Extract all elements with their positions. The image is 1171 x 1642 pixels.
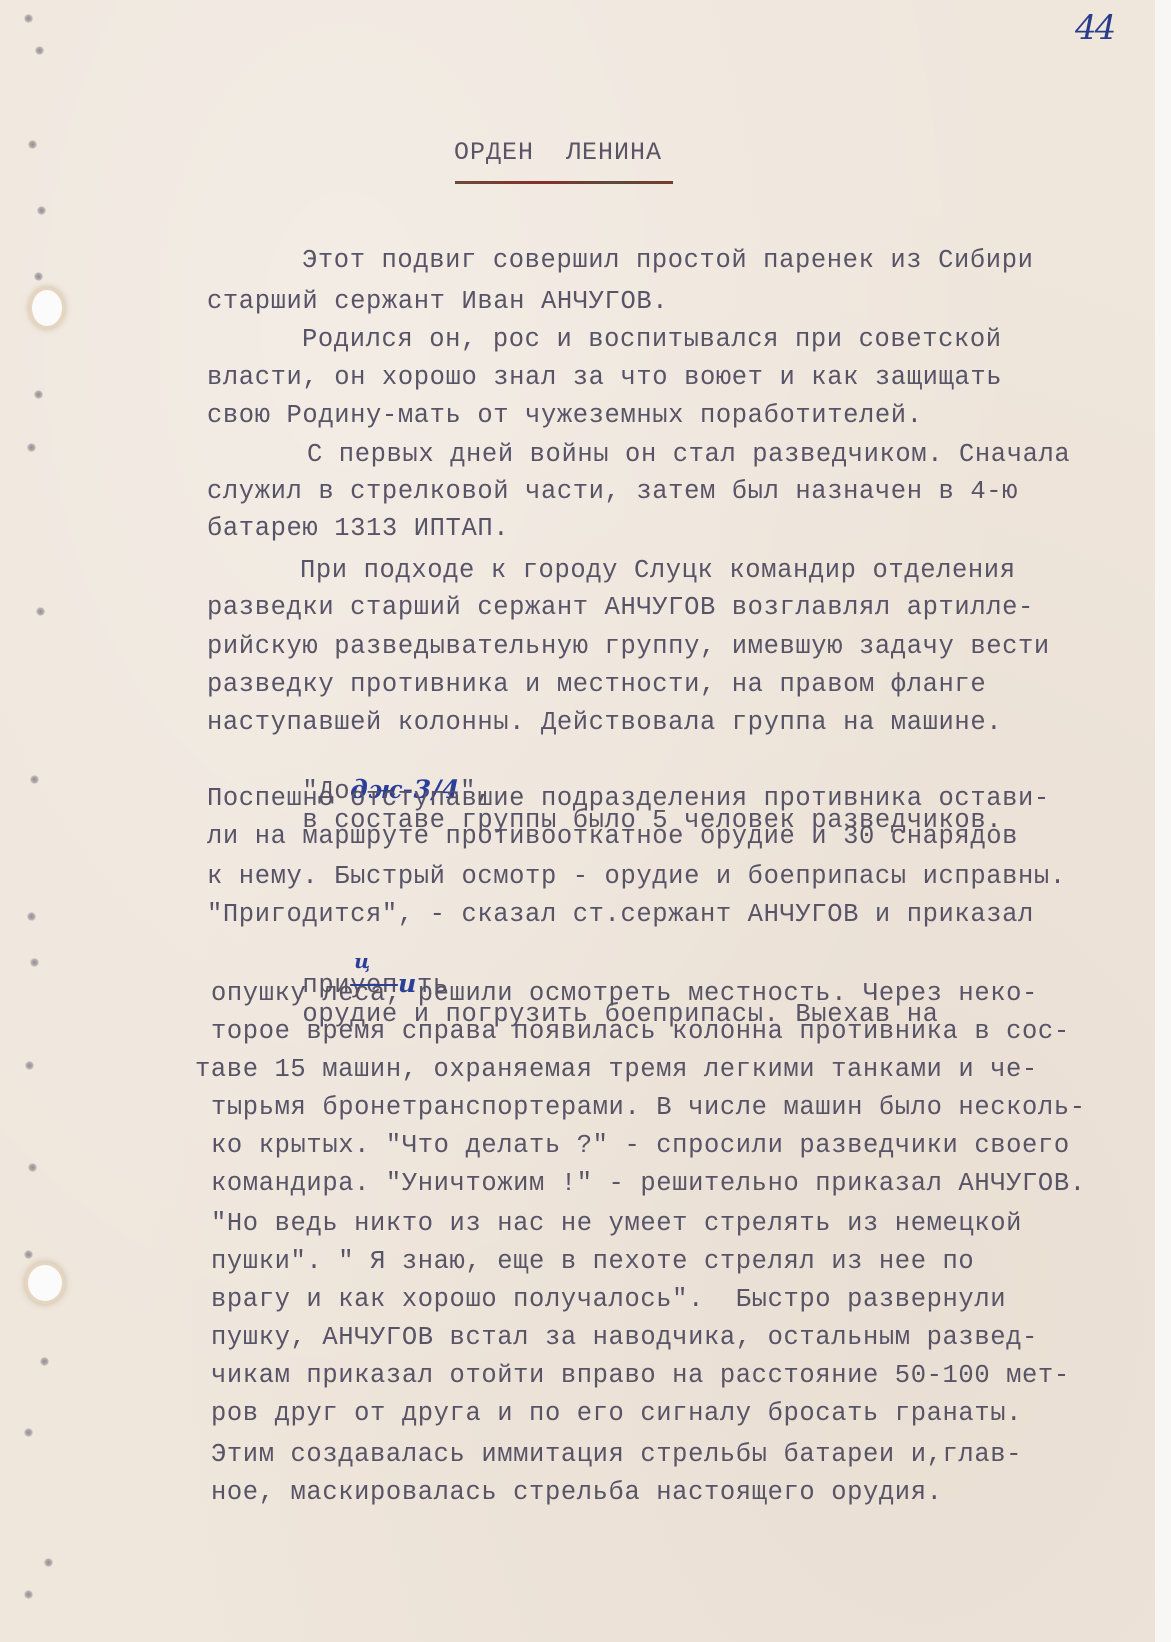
pin-mark bbox=[24, 14, 33, 23]
text-line: ли на маршруте противооткатное орудие и … bbox=[207, 822, 1018, 851]
pin-mark bbox=[40, 1357, 49, 1366]
pin-mark bbox=[27, 443, 36, 452]
text-line: При подходе к городу Слуцк командир отде… bbox=[300, 556, 1016, 585]
text-line: чикам приказал отойти вправо на расстоян… bbox=[211, 1361, 1070, 1390]
text-line: пушку, АНЧУГОВ встал за наводчика, остал… bbox=[211, 1323, 1038, 1352]
text-line: ное, маскировалась стрельба настоящего о… bbox=[211, 1478, 943, 1507]
text-line: Поспешно отступавшие подразделения проти… bbox=[207, 784, 1050, 813]
page-number: 44 bbox=[1075, 8, 1114, 48]
text-line: тырьмя бронетранспортерами. В числе маши… bbox=[211, 1093, 1086, 1122]
text-line: власти, он хорошо знал за что воюет и ка… bbox=[207, 363, 1002, 392]
title-underline bbox=[455, 181, 673, 184]
text-line: ров друг от друга и по его сигналу броса… bbox=[211, 1399, 1022, 1428]
pin-mark bbox=[35, 46, 44, 55]
text-line: торое время справа появилась колонна про… bbox=[211, 1017, 1070, 1046]
pin-mark bbox=[34, 390, 43, 399]
pin-mark bbox=[34, 272, 43, 281]
pin-mark bbox=[37, 206, 46, 215]
text-line: ко крытых. "Что делать ?" - спросили раз… bbox=[211, 1131, 1070, 1160]
binding-hole bbox=[32, 290, 62, 326]
pin-mark bbox=[30, 958, 39, 967]
text-line: рийскую разведывательную группу, имевшую… bbox=[207, 632, 1050, 661]
document-title: ОРДЕН ЛЕНИНА bbox=[454, 138, 662, 167]
text-line: наступавшей колонны. Действовала группа … bbox=[207, 708, 1002, 737]
text-line: Этим создавалась иммитация стрельбы бата… bbox=[211, 1440, 1022, 1469]
pin-mark bbox=[28, 1163, 37, 1172]
pin-mark bbox=[27, 912, 36, 921]
text-line: Этот подвиг совершил простой паренек из … bbox=[302, 246, 1034, 275]
text-line: врагу и как хорошо получалось". Быстро р… bbox=[211, 1285, 1006, 1314]
pin-mark bbox=[24, 1428, 33, 1437]
text-line: старший сержант Иван АНЧУГОВ. bbox=[207, 287, 668, 316]
handwritten-insert: ц bbox=[354, 949, 371, 973]
document-page: 44 ОРДЕН ЛЕНИНА Этот подвиг совершил про… bbox=[0, 0, 1155, 1642]
text-line: разведку противника и местности, на прав… bbox=[207, 670, 986, 699]
text-line: таве 15 машин, охраняемая тремя легкими … bbox=[195, 1055, 1038, 1084]
text-line: командира. "Уничтожим !" - решительно пр… bbox=[211, 1169, 1086, 1198]
pin-mark bbox=[24, 1590, 33, 1599]
text-line: служил в стрелковой части, затем был наз… bbox=[207, 477, 1018, 506]
text-line: "Но ведь никто из нас не умеет стрелять … bbox=[211, 1209, 1022, 1238]
text-line: "Пригодится", - сказал ст.сержант АНЧУГО… bbox=[207, 900, 1034, 929]
text-line: Родился он, рос и воспитывался при совет… bbox=[302, 325, 1002, 354]
text-line: к нему. Быстрый осмотр - орудие и боепри… bbox=[207, 862, 1066, 891]
pin-mark bbox=[36, 607, 45, 616]
text-line: разведки старший сержант АНЧУГОВ возглав… bbox=[207, 593, 1034, 622]
pin-mark bbox=[28, 140, 37, 149]
text-line: батарею 1313 ИПТАП. bbox=[207, 514, 509, 543]
text-line: опушку леса, решили осмотреть местность.… bbox=[211, 979, 1038, 1008]
scan-background-edge bbox=[1155, 0, 1171, 1642]
pin-mark bbox=[24, 1250, 33, 1259]
text-line: пушки". " Я знаю, еще в пехоте стрелял и… bbox=[211, 1247, 974, 1276]
text-line: С первых дней войны он стал разведчиком.… bbox=[307, 440, 1070, 469]
pin-mark bbox=[44, 1558, 53, 1567]
text-line: свою Родину-мать от чужеземных поработит… bbox=[207, 401, 923, 430]
pin-mark bbox=[25, 1061, 34, 1070]
pin-mark bbox=[30, 775, 39, 784]
binding-hole bbox=[28, 1265, 62, 1301]
